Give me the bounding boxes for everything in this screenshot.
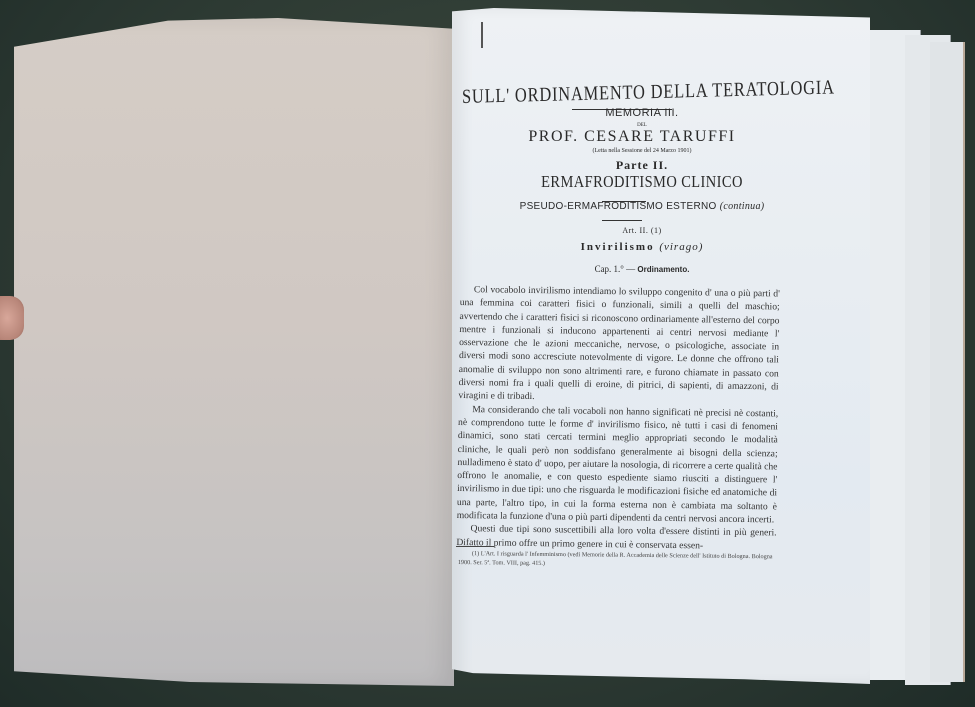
thumb xyxy=(0,296,24,340)
footnote-rule xyxy=(456,546,494,547)
chapter-heading: Invirilismo (virago) xyxy=(492,241,792,253)
right-page: SULL' ORDINAMENTO DELLA TERATOLOGIA MEMO… xyxy=(452,8,870,684)
body-text: Col vocabolo invirilismo intendiamo lo s… xyxy=(456,283,780,553)
memoria-label: MEMORIA III. xyxy=(492,107,792,119)
chapter-label: Cap. 1.° — Ordinamento. xyxy=(492,264,792,274)
page-title: SULL' ORDINAMENTO DELLA TERATOLOGIA xyxy=(462,78,790,109)
subtitle: PSEUDO-ERMAFRODITISMO ESTERNO (continua) xyxy=(477,201,807,212)
heading-note: (virago) xyxy=(659,241,703,253)
paragraph: Ma considerando che tali vocaboli non ha… xyxy=(457,403,779,527)
paragraph: Col vocabolo invirilismo intendiamo lo s… xyxy=(458,283,780,407)
subtitle-rule xyxy=(602,220,642,221)
section-title: ERMAFRODITISMO CLINICO xyxy=(515,172,770,192)
footnote: (1) L'Art. I risguarda l' Infemminismo (… xyxy=(458,549,778,570)
subtitle-note: (continua) xyxy=(720,201,765,212)
author-name: PROF. CESARE TARUFFI xyxy=(482,128,782,146)
part-label: Parte II. xyxy=(492,158,792,173)
reading-date: (Letta nella Sessione del 24 Marzo 1901) xyxy=(492,148,792,154)
cap-label: Cap. 1.° — xyxy=(595,264,636,274)
heading-text: Invirilismo xyxy=(581,241,655,253)
cap-title: Ordinamento. xyxy=(637,265,689,274)
gutter-mark xyxy=(481,22,483,48)
page-stack-edge xyxy=(930,42,965,682)
left-page xyxy=(14,18,454,686)
article-label: Art. II. (1) xyxy=(492,226,792,235)
subtitle-text: PSEUDO-ERMAFRODITISMO ESTERNO xyxy=(520,201,717,212)
